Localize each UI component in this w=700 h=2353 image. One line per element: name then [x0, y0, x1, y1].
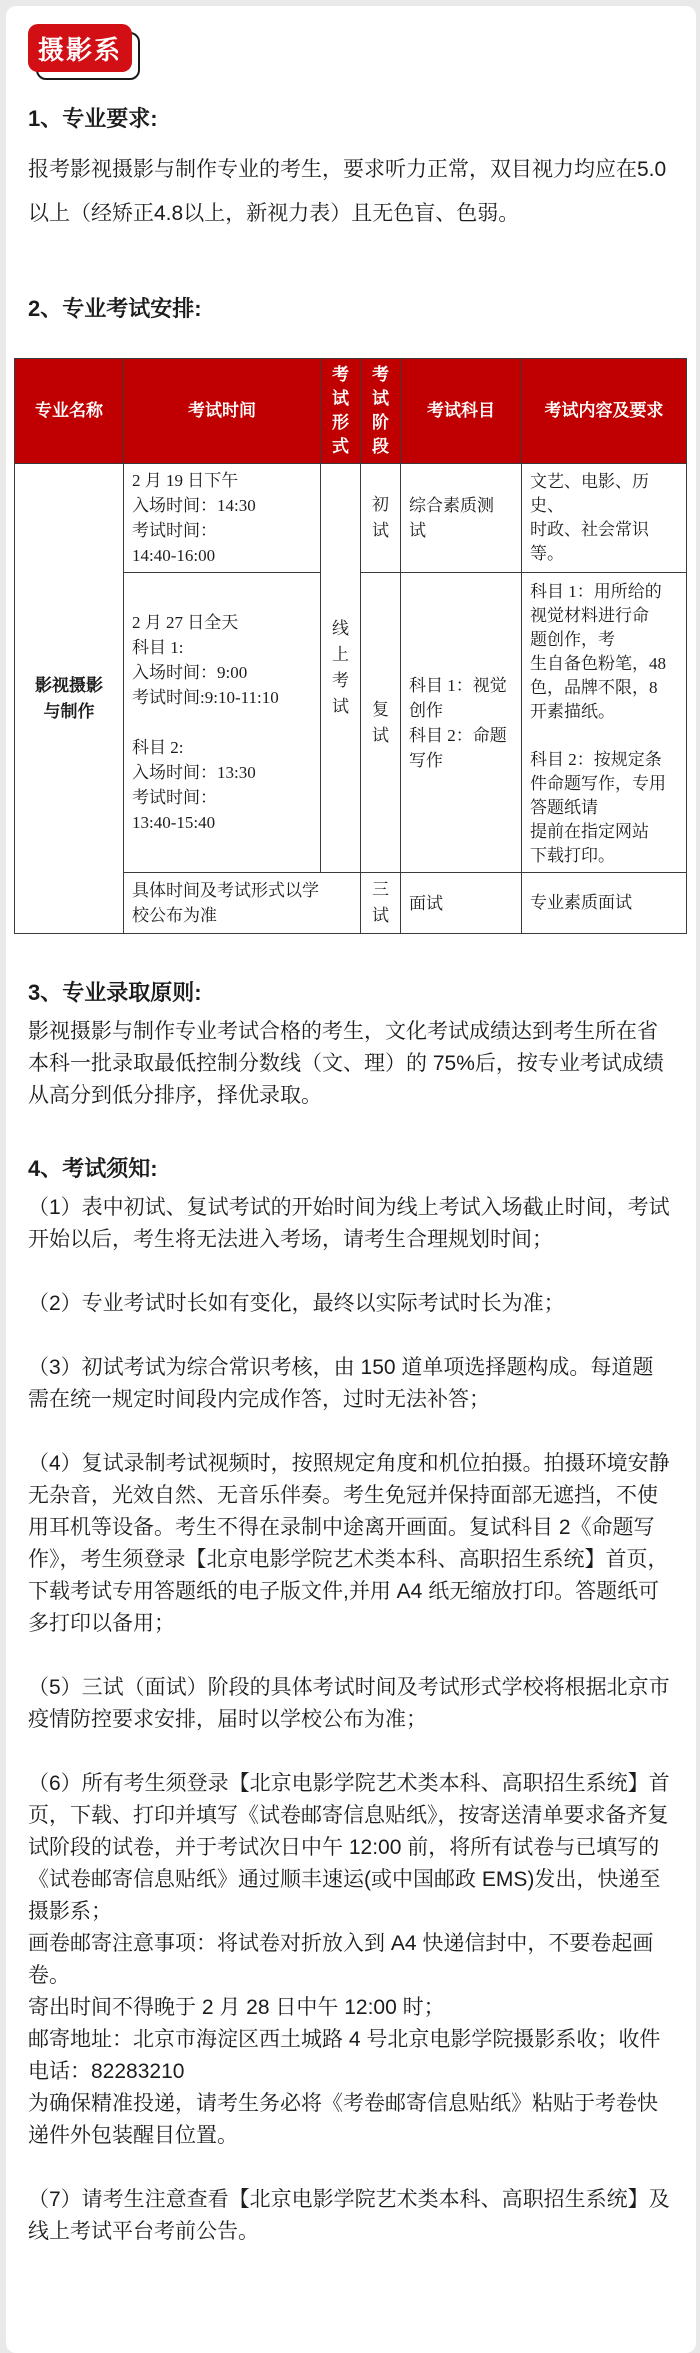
cell-subject-round3: 面试 [401, 873, 522, 934]
department-badge: 摄影系 [28, 24, 132, 72]
table-header-row: 专业名称 考试时间 考 试 形 式 考 试 阶 段 考试科目 考试内容及要求 [15, 359, 687, 464]
cell-subject-round1: 综合素质测 试 [401, 464, 522, 573]
notice-item-7: （7）请考生注意查看【北京电影学院艺术类本科、高职招生系统】及线上考试平台考前公… [28, 2184, 672, 2248]
section-3-heading: 3、专业录取原则: [28, 978, 672, 1008]
cell-time-round1: 2 月 19 日下午 入场时间：14:30 考试时间： 14:40-16:00 [124, 464, 321, 573]
cell-stage-round3: 三 试 [361, 873, 401, 934]
cell-subject-round2: 科目 1：视觉 创作 科目 2：命题 写作 [401, 573, 522, 873]
section-1-heading: 1、专业要求: [28, 104, 672, 134]
cell-major-name: 影视摄影 与制作 [15, 464, 124, 934]
col-header-time: 考试时间 [124, 359, 321, 464]
section-2-heading: 2、专业考试安排: [28, 294, 672, 324]
cell-content-round2: 科目 1：用所给的 视觉材料进行命 题创作，考 生自备色粉笔，48 色，品牌不限… [522, 573, 687, 873]
notice-item-6: （6）所有考生须登录【北京电影学院艺术类本科、高职招生系统】首页，下载、打印并填… [28, 1768, 672, 2152]
cell-stage-round2: 复 试 [361, 573, 401, 873]
notice-item-5: （5）三试（面试）阶段的具体考试时间及考试形式学校将根据北京市疫情防控要求安排，… [28, 1672, 672, 1736]
notice-page: 摄影系 1、专业要求: 报考影视摄影与制作专业的考生，要求听力正常，双目视力均应… [6, 6, 696, 2353]
badge-label: 摄影系 [28, 24, 132, 72]
col-header-format: 考 试 形 式 [321, 359, 361, 464]
exam-schedule-table: 专业名称 考试时间 考 试 形 式 考 试 阶 段 考试科目 考试内容及要求 影… [14, 358, 687, 934]
col-header-stage: 考 试 阶 段 [361, 359, 401, 464]
cell-stage-round1: 初 试 [361, 464, 401, 573]
section-4-heading: 4、考试须知: [28, 1154, 672, 1184]
col-header-subject: 考试科目 [401, 359, 522, 464]
notice-item-1: （1）表中初试、复试考试的开始时间为线上考试入场截止时间，考试开始以后，考生将无… [28, 1192, 672, 1256]
notice-item-2: （2）专业考试时长如有变化，最终以实际考试时长为准； [28, 1288, 672, 1320]
section-1-body: 报考影视摄影与制作专业的考生，要求听力正常，双目视力均应在5.0以上（经矫正4.… [28, 148, 672, 236]
table-row-round1: 影视摄影 与制作 2 月 19 日下午 入场时间：14:30 考试时间： 14:… [15, 464, 687, 573]
cell-content-round1: 文艺、电影、历史、 时政、社会常识 等。 [522, 464, 687, 573]
cell-format-online: 线 上 考 试 [321, 464, 361, 873]
cell-content-round3: 专业素质面试 [522, 873, 687, 934]
notice-item-3: （3）初试考试为综合常识考核，由 150 道单项选择题构成。每道题需在统一规定时… [28, 1352, 672, 1416]
section-3-body: 影视摄影与制作专业考试合格的考生，文化考试成绩达到考生所在省本科一批录取最低控制… [28, 1016, 672, 1112]
notice-item-4: （4）复试录制考试视频时，按照规定角度和机位拍摄。拍摄环境安静无杂音，光效自然、… [28, 1448, 672, 1640]
col-header-content: 考试内容及要求 [522, 359, 687, 464]
cell-time-round2: 2 月 27 日全天 科目 1: 入场时间：9:00 考试时间:9:10-11:… [124, 573, 321, 873]
col-header-major: 专业名称 [15, 359, 124, 464]
cell-time-round3: 具体时间及考试形式以学 校公布为准 [124, 873, 361, 934]
